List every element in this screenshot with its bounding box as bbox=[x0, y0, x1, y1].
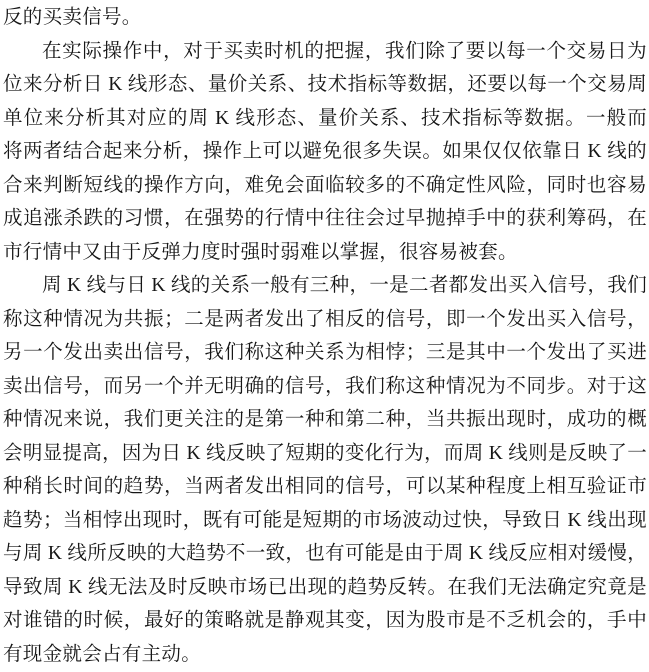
text-line: 种稍长时间的趋势，当两者发出相同的信号，可以某种程度上相互验证市场 bbox=[3, 470, 647, 504]
text-line: 称这种情况为共振；二是两者发出了相反的信号，即一个发出买入信号，而 bbox=[3, 303, 647, 337]
text-line: 在实际操作中，对于买卖时机的把握，我们除了要以每一个交易日为单 bbox=[3, 35, 647, 69]
text-line: 趋势；当相悖出现时，既有可能是短期的市场波动过快，导致日 K 线出现了 bbox=[3, 504, 647, 538]
text-line: 单位来分析其对应的周 K 线形态、量价关系、技术指标等数据。一般而言， bbox=[3, 102, 647, 136]
body-text: 反的买卖信号。在实际操作中，对于买卖时机的把握，我们除了要以每一个交易日为单位来… bbox=[3, 1, 647, 671]
text-line: 成追涨杀跌的习惯，在强势的行情中往往会过早抛掉手中的获利筹码，在弱 bbox=[3, 202, 647, 236]
text-line: 市行情中又由于反弹力度时强时弱难以掌握，很容易被套。 bbox=[3, 236, 647, 270]
text-line: 对谁错的时候，最好的策略就是静观其变，因为股市是不乏机会的，手中持 bbox=[3, 604, 647, 638]
text-line: 反的买卖信号。 bbox=[3, 1, 647, 35]
text-line: 周 K 线与日 K 线的关系一般有三种，一是二者都发出买入信号，我们 bbox=[3, 269, 647, 303]
text-line: 位来分析日 K 线形态、量价关系、技术指标等数据，还要以每一个交易周为 bbox=[3, 68, 647, 102]
text-line: 合来判断短线的操作方向，难免会面临较多的不确定性风险，同时也容易形 bbox=[3, 169, 647, 203]
text-line: 另一个发出卖出信号，我们称这种关系为相悖；三是其中一个发出了买进或 bbox=[3, 336, 647, 370]
text-line: 将两者结合起来分析，操作上可以避免很多失误。如果仅仅依靠日 K 线的组 bbox=[3, 135, 647, 169]
text-line: 与周 K 线所反映的大趋势不一致，也有可能是由于周 K 线反应相对缓慢， bbox=[3, 537, 647, 571]
text-line: 会明显提高，因为日 K 线反映了短期的变化行为，而周 K 线则是反映了一 bbox=[3, 437, 647, 471]
text-line: 有现金就会占有主动。 bbox=[3, 638, 647, 672]
text-line: 种情况来说，我们更关注的是第一种和第二种，当共振出现时，成功的概率 bbox=[3, 403, 647, 437]
book-page: 反的买卖信号。在实际操作中，对于买卖时机的把握，我们除了要以每一个交易日为单位来… bbox=[0, 0, 649, 672]
text-line: 导致周 K 线无法及时反映市场已出现的趋势反转。在我们无法确定究竟是谁 bbox=[3, 571, 647, 605]
text-line: 卖出信号，而另一个并无明确的信号，我们称这种情况为不同步。对于这三 bbox=[3, 370, 647, 404]
